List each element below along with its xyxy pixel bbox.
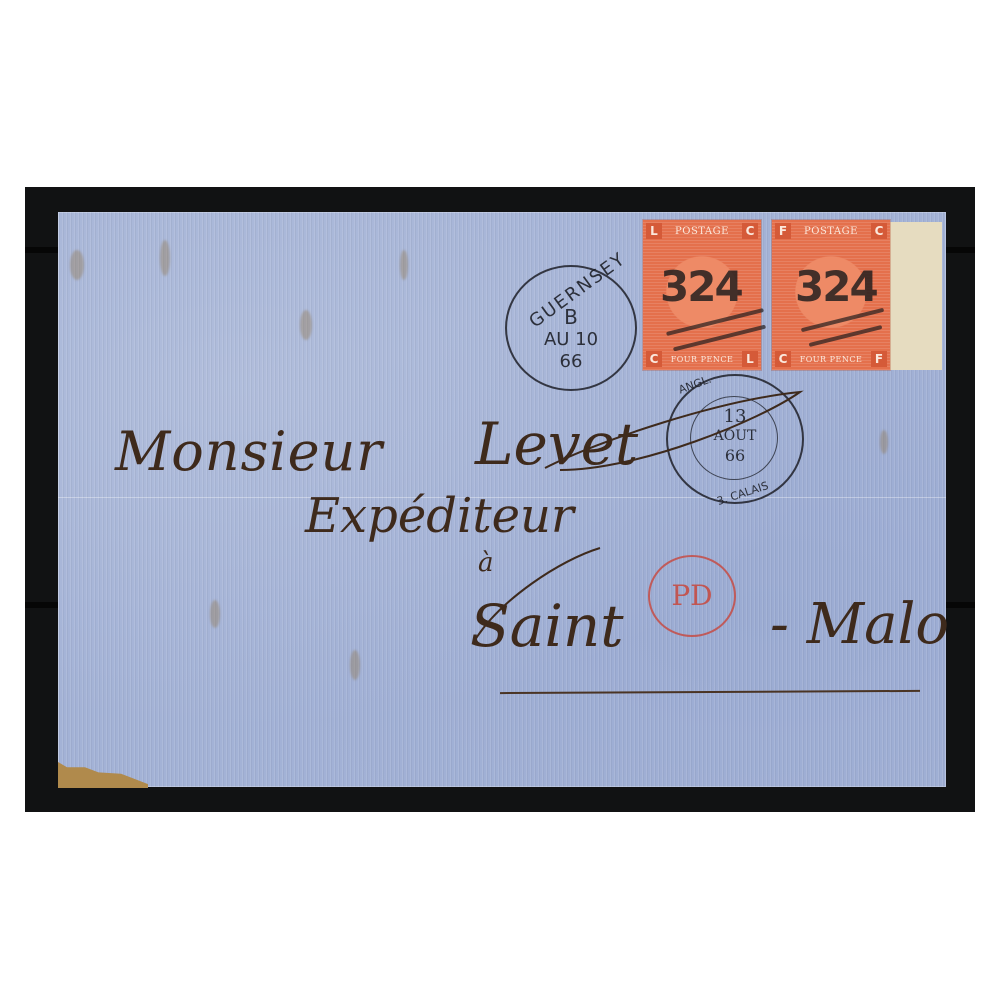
stamp-top-label: POSTAGE [665, 226, 739, 237]
corner-letter: C [646, 351, 662, 367]
sheet-margin-selvage [890, 222, 942, 370]
corner-letter: C [775, 351, 791, 367]
foxing-spot [350, 650, 360, 680]
numeral-cancel: 324 [795, 262, 877, 311]
postmark-month: AOUT [668, 428, 802, 444]
corner-letter: C [742, 223, 758, 239]
numeral-cancel: 324 [660, 262, 742, 311]
guernsey-postmark: GUERNSEY B AU 10 66 [505, 265, 637, 391]
foxing-spot [300, 310, 312, 340]
postmark-date: AU 10 [507, 329, 635, 350]
calais-transit-postmark: ANGL. 13 AOUT 66 3. CALAIS [666, 374, 804, 504]
paid-pd-handstamp: PD [648, 555, 736, 637]
stamp-bottom-label: FOUR PENCE [665, 355, 739, 364]
postmark-year: 66 [507, 351, 635, 372]
address-line-monsieur: Monsieur [115, 420, 383, 483]
foxing-spot [160, 240, 170, 276]
corner-letter: F [871, 351, 887, 367]
stamp-top-label: POSTAGE [794, 226, 868, 237]
corner-letter: F [775, 223, 791, 239]
address-line-name: Levet [475, 410, 638, 478]
postmark-day: 13 [668, 406, 802, 427]
foxing-spot [70, 250, 84, 280]
address-line-occupation: Expéditeur [305, 488, 574, 544]
corner-letter: C [871, 223, 887, 239]
stamp-bottom-label: FOUR PENCE [794, 355, 868, 364]
foxing-spot [880, 430, 888, 454]
postmark-year: 66 [668, 446, 802, 465]
foxing-spot [210, 600, 220, 628]
address-line-a: à [478, 548, 494, 578]
address-line-city-1: Saint [470, 592, 624, 660]
address-line-city-2: - Malo [770, 592, 949, 657]
postmark-code: B [507, 305, 635, 329]
corner-letter: L [742, 351, 758, 367]
corner-letter: L [646, 223, 662, 239]
foxing-spot [400, 250, 408, 280]
